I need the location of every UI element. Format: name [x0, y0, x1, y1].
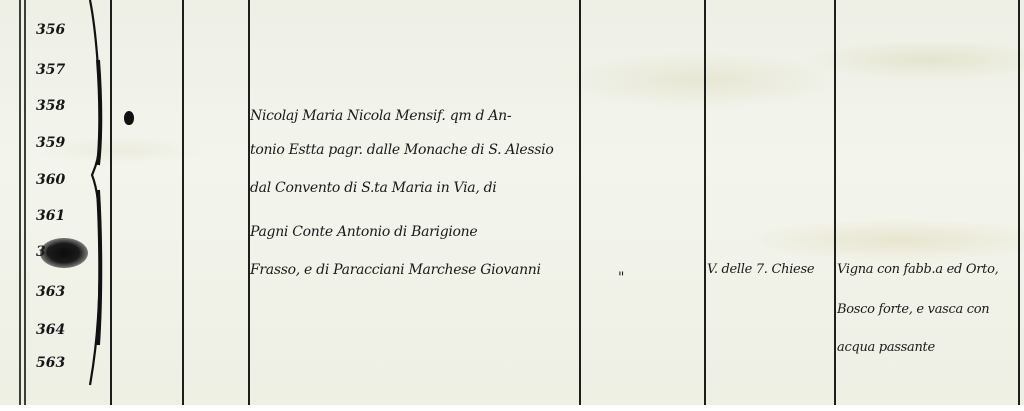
- row-number: 356: [36, 22, 65, 38]
- column-rule-1: [110, 0, 112, 405]
- owners-line: Pagni Conte Antonio di Barigione: [250, 224, 477, 240]
- column-rule-7: [1018, 0, 1020, 405]
- owners-line: tonio Estta pagr. dalle Monache di S. Al…: [250, 142, 553, 158]
- margin-rule-outer: [19, 0, 21, 405]
- grouping-brace-icon: [88, 0, 104, 390]
- column-rule-3: [248, 0, 250, 405]
- ink-mark: [124, 111, 134, 125]
- description-line: Bosco forte, e vasca con: [837, 302, 989, 317]
- ledger-page: 356 357 358 359 360 361 362 363 364 563 …: [0, 0, 1024, 405]
- ink-blot: [40, 238, 88, 268]
- ditto-mark: ": [618, 270, 624, 286]
- row-number: 358: [36, 98, 65, 114]
- row-number: 357: [36, 62, 65, 78]
- column-rule-4: [579, 0, 581, 405]
- row-number: 359: [36, 135, 65, 151]
- row-number: 563: [36, 355, 65, 371]
- column-rule-5: [704, 0, 706, 405]
- column-rule-6: [834, 0, 836, 405]
- row-number: 360: [36, 172, 65, 188]
- owners-line: Nicolaj Maria Nicola Mensif. qm d An-: [250, 108, 511, 124]
- page-bottom-edge: [0, 405, 1024, 411]
- owners-line: Frasso, e di Paracciani Marchese Giovann…: [250, 262, 541, 278]
- column-rule-2: [182, 0, 184, 405]
- description-line: Vigna con fabb.a ed Orto,: [837, 262, 998, 277]
- owners-line: dal Convento di S.ta Maria in Via, di: [250, 180, 497, 196]
- row-number: 364: [36, 322, 65, 338]
- margin-rule-inner: [24, 0, 26, 405]
- row-number: 361: [36, 208, 65, 224]
- description-line: acqua passante: [837, 340, 935, 355]
- location-text: V. delle 7. Chiese: [707, 262, 814, 277]
- row-number: 363: [36, 284, 65, 300]
